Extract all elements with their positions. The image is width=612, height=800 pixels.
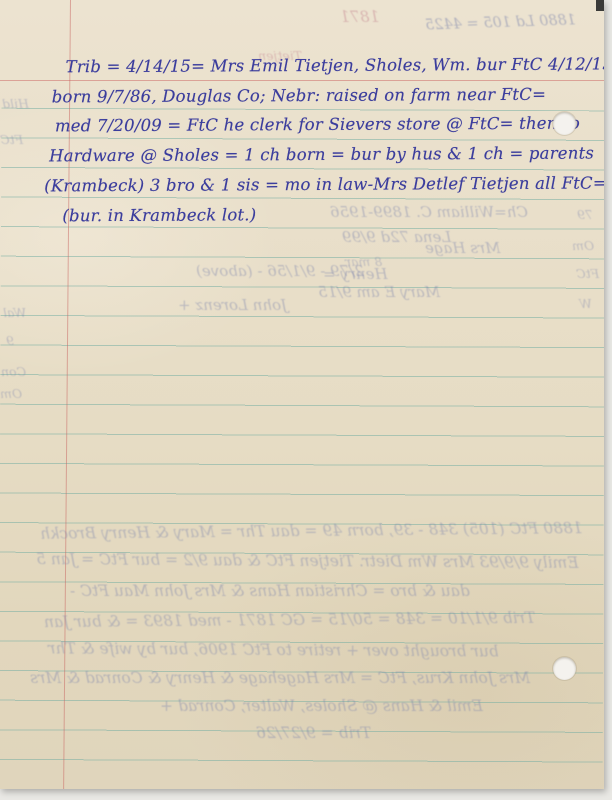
- bleed-edge-l5: Con: [1, 364, 26, 379]
- bleed-emil-dates: 2/79 - 9/1/56 - (above): [196, 262, 364, 280]
- punch-hole-bottom: [553, 657, 576, 680]
- bleed-year-1871: 1871: [340, 8, 379, 26]
- bleed-edge-r3: FtC: [576, 266, 599, 281]
- bleed-edge-l3: Wal: [3, 305, 26, 320]
- bleed-edge-r1: 79: [577, 207, 593, 222]
- note-line-3: med 7/20/09 = FtC he clerk for Sievers s…: [44, 109, 574, 141]
- scanned-notebook-page: { "note": { "lines": [ "Trib = 4/14/15= …: [0, 0, 612, 800]
- bleed-bottom-7: Emil & Hans @ Sholes, Walter, Conrad +: [160, 697, 483, 715]
- bleed-lorenz: John Lorenz +: [178, 296, 287, 314]
- bleed-bottom-8: Trib = 9/27/26: [256, 724, 371, 742]
- bleed-edge-r4: W: [579, 296, 592, 311]
- bleed-bottom-5: bur brought over + retire to FtC 1906, b…: [48, 639, 499, 660]
- bleed-bottom-3: dau & bro = Christian Hans & Mrs John Ma…: [70, 582, 470, 600]
- bleed-mary: Mary E am 9/15: [318, 283, 440, 301]
- note-line-5: (Krambeck) 3 bro & 1 sis = mo in law-Mrs…: [44, 168, 574, 200]
- bleed-bottom-2: Emily 9/9/93 Mrs Wm Dietr. Tietjen FtC &…: [36, 550, 579, 572]
- note-line-4: Hardware @ Sholes = 1 ch born = bur by h…: [44, 139, 574, 171]
- notebook-page: 1871 1880 Ld 105 = 4425 Tietjen Trib = 4…: [0, 0, 604, 789]
- bleed-bottom-6: Mrs John Krus, FtC = Mrs Hagehage & Henr…: [30, 669, 530, 687]
- note-line-2: born 9/7/86, Douglas Co; Nebr: raised on…: [44, 79, 574, 111]
- bleed-edge-l1: Hild: [2, 96, 29, 111]
- note-line-1: Trib = 4/14/15= Mrs Emil Tietjen, Sholes…: [44, 50, 574, 82]
- bleed-edge-l4: 9: [6, 333, 14, 348]
- bleed-ch-william: Ch=William C. 1899-1956: [330, 203, 528, 221]
- bleed-edge-l2: FtC: [0, 132, 23, 147]
- bleed-mrs-hage: Mrs Hage: [425, 239, 501, 257]
- punch-hole-top: [553, 112, 576, 135]
- bleed-ledger-ref: 1880 Ld 105 = 4425: [425, 12, 576, 33]
- bleed-edge-l6: Om: [0, 386, 22, 401]
- scan-edge-notch: [596, 0, 604, 11]
- bleed-edge-r2: Om: [572, 238, 594, 253]
